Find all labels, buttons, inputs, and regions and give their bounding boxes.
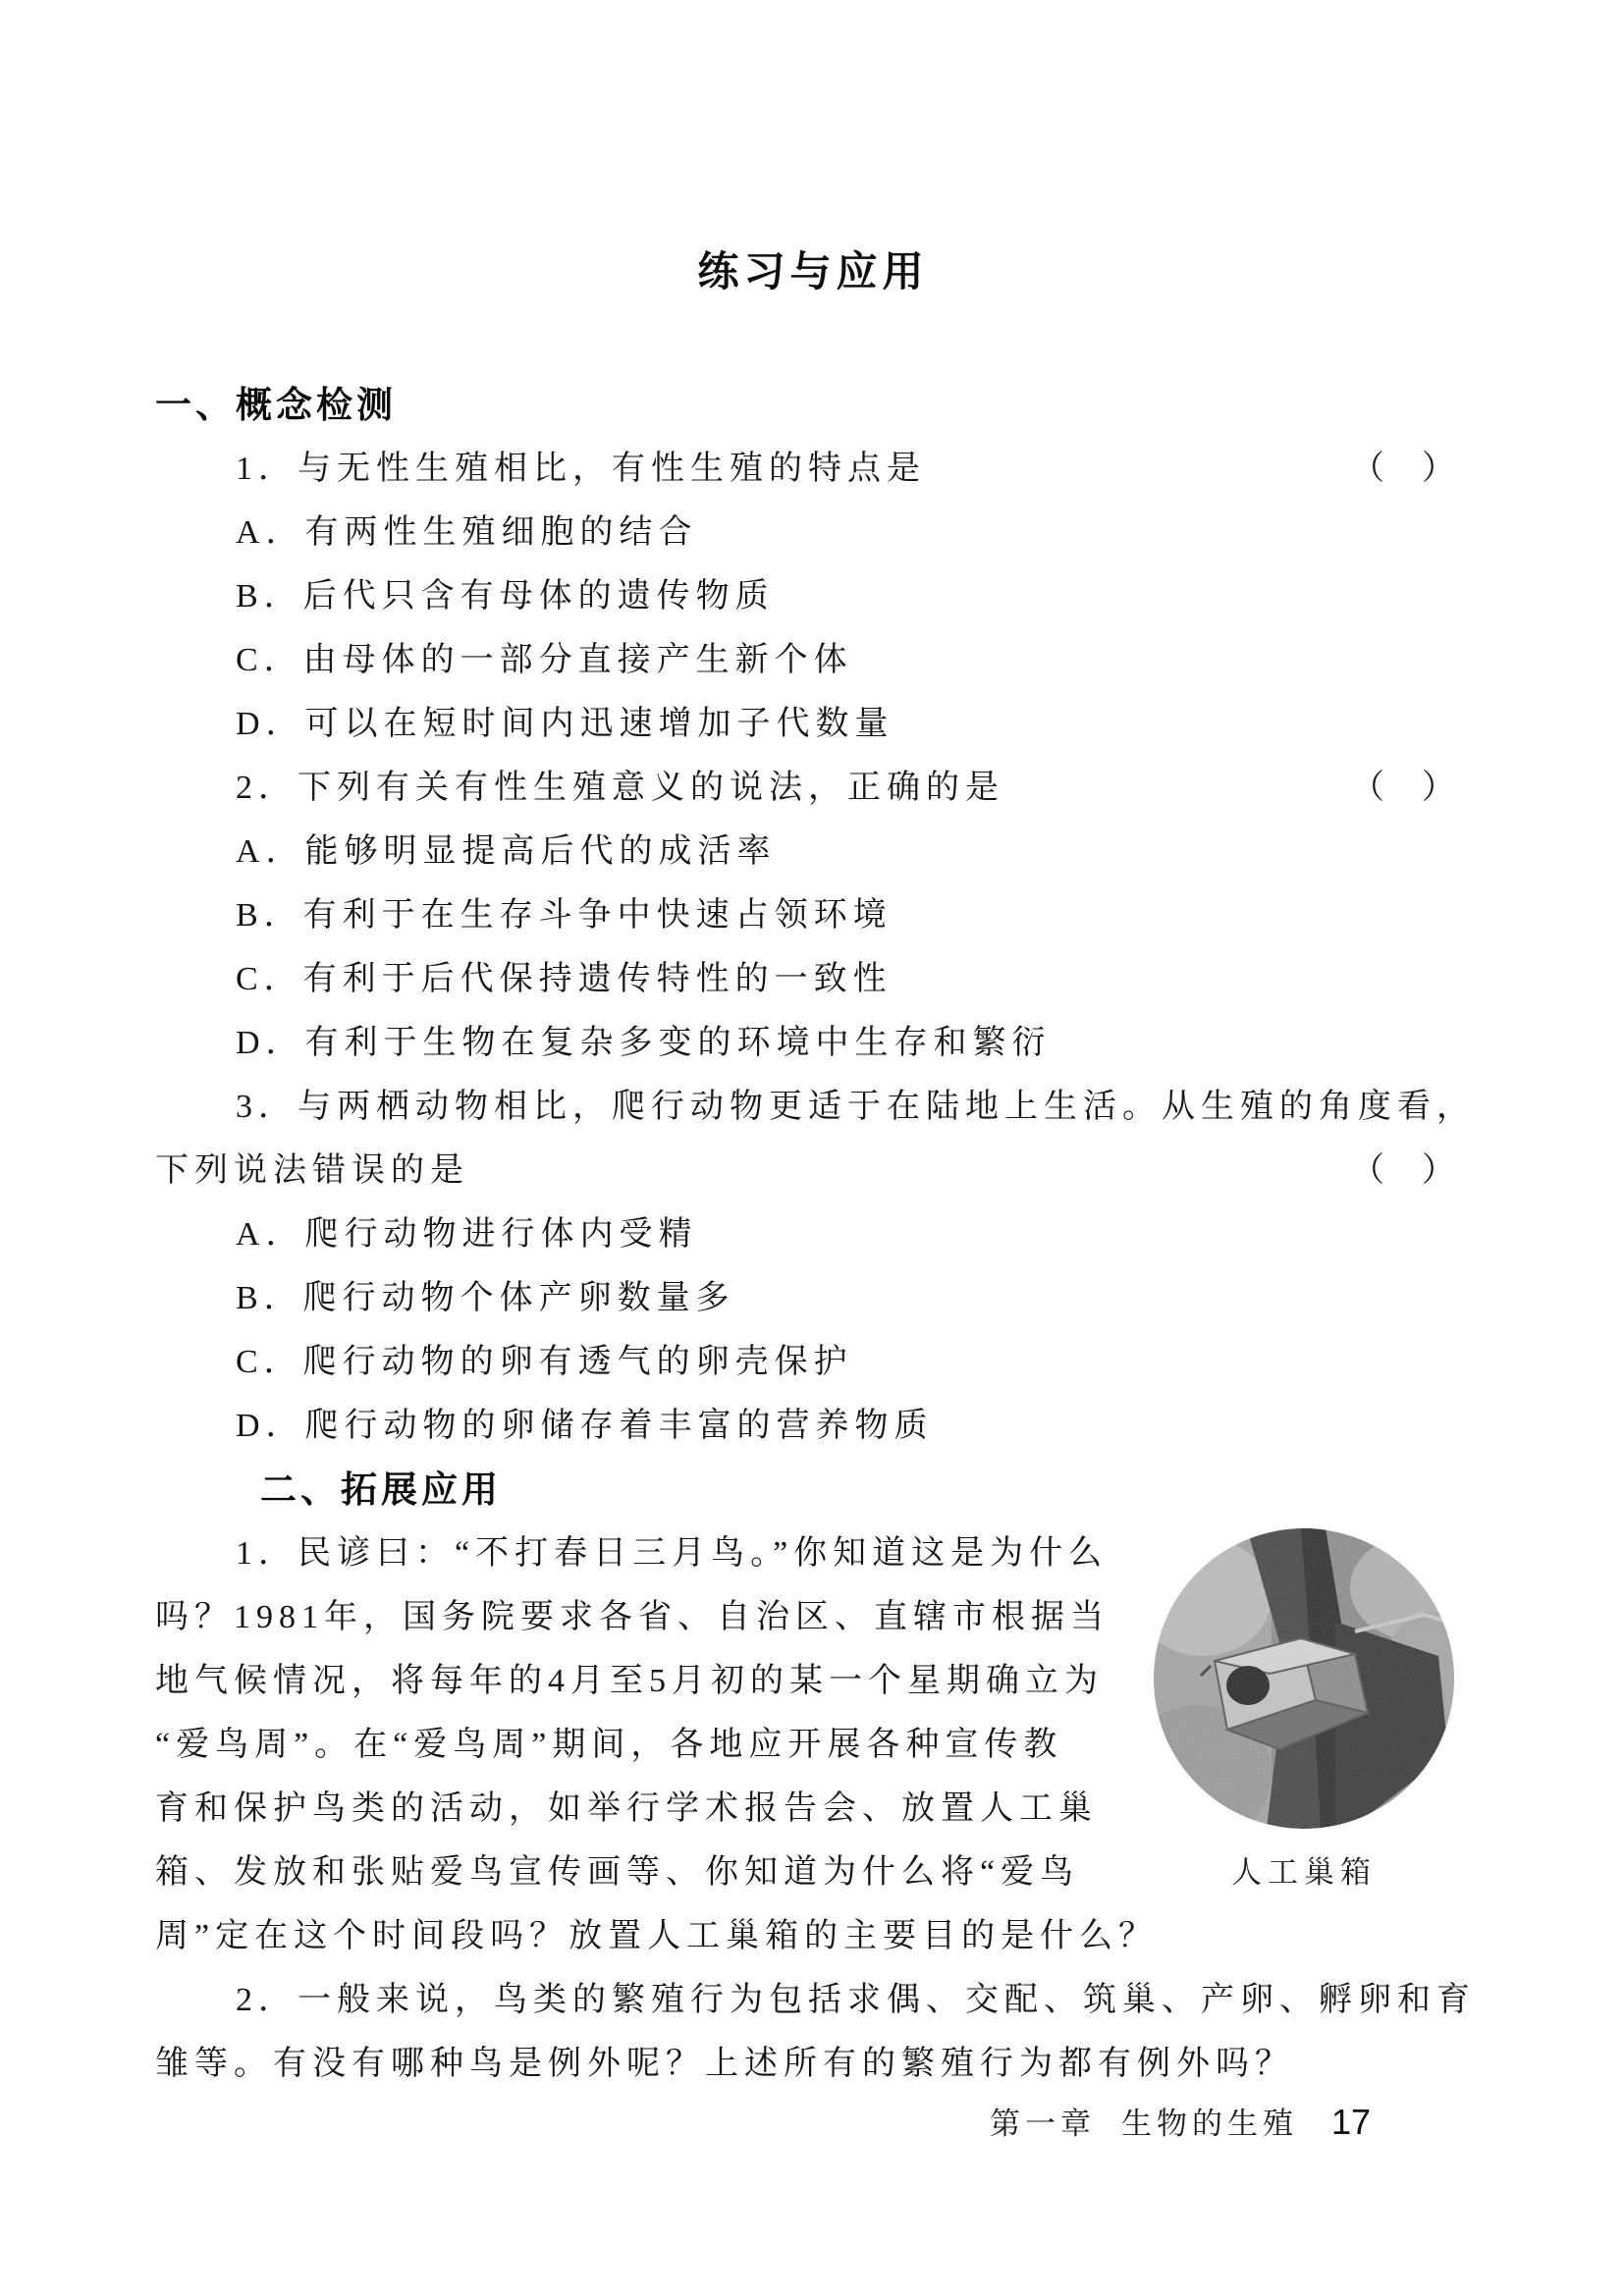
section-2-heading: 二、拓展应用: [155, 1458, 1471, 1522]
page-body: 一、概念检测 1．与无性生殖相比，有性生殖的特点是 （ ） A．有两性生殖细胞的…: [155, 373, 1471, 2096]
question-1-answer-blank: （ ）: [1351, 437, 1457, 501]
question-2-option-d: D．有利于生物在复杂多变的环境中生存和繁衍: [155, 1011, 1471, 1075]
footer-chapter-label: 第一章: [990, 2107, 1096, 2141]
question-1-stem-text: 1．与无性生殖相比，有性生殖的特点是: [236, 451, 926, 487]
question-3-option-b: B．爬行动物个体产卵数量多: [155, 1266, 1471, 1330]
question-3-option-a: A．爬行动物进行体内受精: [155, 1202, 1471, 1266]
question-3-stem-line-2: 下列说法错误的是 （ ）: [155, 1139, 1471, 1202]
paragraph-line: 周”定在这个时间段吗？放置人工巢箱的主要目的是什么？: [155, 1904, 1471, 1968]
question-3-option-d: D．爬行动物的卵储存着丰富的营养物质: [155, 1394, 1471, 1458]
footer-page-number: 17: [1331, 2102, 1371, 2142]
page-footer: 第一章生物的生殖17: [990, 2099, 1371, 2143]
exercise-title: 练习与应用: [155, 240, 1471, 298]
footer-chapter-title: 生物的生殖: [1121, 2107, 1298, 2141]
question-1-option-c: C．由母体的一部分直接产生新个体: [155, 628, 1471, 692]
question-2-stem-text: 2．下列有关有性生殖意义的说法，正确的是: [236, 770, 1004, 806]
question-1-option-d: D．可以在短时间内迅速增加子代数量: [155, 692, 1471, 756]
question-3-option-c: C．爬行动物的卵有透气的卵壳保护: [155, 1330, 1471, 1394]
question-2-answer-blank: （ ）: [1351, 756, 1457, 820]
question-1-stem: 1．与无性生殖相比，有性生殖的特点是 （ ）: [155, 437, 1471, 501]
question-2-option-a: A．能够明显提高后代的成活率: [155, 820, 1471, 883]
image-caption: 人工巢箱: [1154, 1847, 1454, 1892]
paragraph-line: 雏等。有没有哪种鸟是例外呢？上述所有的繁殖行为都有例外吗？: [155, 2032, 1471, 2096]
question-3-stem-line-1: 3．与两栖动物相比，爬行动物更适于在陆地上生活。从生殖的角度看，: [155, 1075, 1471, 1139]
paragraph-line: 2．一般来说，鸟类的繁殖行为包括求偶、交配、筑巢、产卵、孵卵和育: [155, 1968, 1471, 2032]
question-2-option-c: C．有利于后代保持遗传特性的一致性: [155, 947, 1471, 1011]
question-3-stem-text: 下列说法错误的是: [155, 1152, 469, 1189]
nest-box-image: [1154, 1528, 1454, 1829]
question-2-option-b: B．有利于在生存斗争中快速占领环境: [155, 883, 1471, 947]
question-1-option-b: B．后代只含有母体的遗传物质: [155, 564, 1471, 628]
nest-box-photo-illustration: [1154, 1528, 1454, 1829]
section-1-heading: 一、概念检测: [155, 373, 1471, 437]
question-3-answer-blank: （ ）: [1351, 1139, 1457, 1202]
textbook-page: 练习与应用 一、概念检测 1．与无性生殖相比，有性生殖的特点是 （ ） A．有两…: [0, 0, 1624, 2296]
question-2-stem: 2．下列有关有性生殖意义的说法，正确的是 （ ）: [155, 756, 1471, 820]
question-1-option-a: A．有两性生殖细胞的结合: [155, 501, 1471, 564]
